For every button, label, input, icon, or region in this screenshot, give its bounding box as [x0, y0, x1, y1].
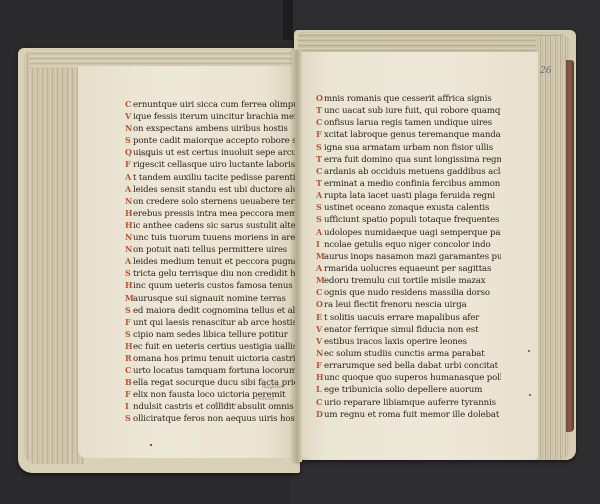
- manuscript-line: Medoru tremulu cui tortile misile mazax: [316, 274, 501, 286]
- manuscript-line: Fxcitat labroque genus teremanque manda: [316, 128, 501, 140]
- interlinear-gloss: at illo nos: [212, 402, 237, 408]
- rubric-initial: N: [125, 122, 133, 134]
- rubric-initial: N: [125, 231, 133, 243]
- manuscript-line: Armarida uolucres equaeunt per sagittas: [316, 262, 501, 274]
- manuscript-line: Stricta gelu terrisque diu non credidit …: [125, 267, 295, 279]
- interlinear-gloss: magister: [262, 384, 284, 390]
- manuscript-line: Indulsit castris et collidit absulit omn…: [125, 400, 295, 412]
- manuscript-line: Aleides sensit standu est ubi ductore al…: [125, 183, 295, 195]
- manuscript-line: Lege tribunicia solio depellere auorum: [316, 383, 501, 395]
- rubric-initial: S: [125, 304, 133, 316]
- manuscript-line: Ferrarumque sed bella dabat urbi concita…: [316, 359, 501, 371]
- rubric-initial: A: [316, 226, 324, 238]
- manuscript-line: Arupta lata iacet uasti plaga feruida re…: [316, 189, 501, 201]
- rubric-initial: M: [316, 274, 324, 286]
- manuscript-line: Terra fuit domino qua sunt longissima re…: [316, 153, 501, 165]
- manuscript-line: Cognis que nudo residens massilia dorso: [316, 286, 501, 298]
- manuscript-line: Non credere solo sternens ueuabere terra: [125, 195, 295, 207]
- manuscript-line: Tunc uacat sub iure fuit, qui robore qua…: [316, 104, 501, 116]
- rubric-initial: F: [125, 388, 133, 400]
- rubric-initial: A: [125, 183, 133, 195]
- rubric-initial: A: [125, 171, 133, 183]
- manuscript-line: Funt qui laesis renascitur ab arce hosti…: [125, 316, 295, 328]
- rubric-initial: T: [316, 104, 324, 116]
- left-text-column: Cernuntque uiri sicca cum ferrea olimpum…: [125, 98, 295, 425]
- ink-speck: [529, 394, 531, 396]
- manuscript-line: Curto locatus tamquam fortuna locorum: [125, 364, 295, 376]
- manuscript-line: Vique fessis iterum uincitur brachia mem…: [125, 110, 295, 122]
- manuscript-line: Maurusque sui signauit nomine terras: [125, 292, 295, 304]
- manuscript-line: Hec fuit en ueteris certius uestigia ual…: [125, 340, 295, 352]
- rubric-initial: D: [316, 408, 324, 420]
- rubric-initial: N: [316, 347, 324, 359]
- manuscript-line: Hunc quoque quo superos humanasque pollu…: [316, 371, 501, 383]
- rubric-initial: Q: [125, 146, 133, 158]
- rubric-initial: A: [125, 255, 133, 267]
- interlinear-gloss: frater: [140, 152, 155, 158]
- spine-shadow: [283, 0, 293, 40]
- manuscript-line: Nunc tuis tuorum tuuens moriens in areni…: [125, 231, 295, 243]
- rubric-initial: S: [125, 134, 133, 146]
- manuscript-line: Omnis romanis que cesserit affrica signi…: [316, 92, 501, 104]
- rubric-initial: V: [316, 323, 324, 335]
- rubric-initial: S: [316, 213, 324, 225]
- manuscript-line: Sustinet oceano zonaque exusta calentis: [316, 201, 501, 213]
- rubric-initial: I: [316, 238, 324, 250]
- manuscript-line: Incolae getulis equo niger concolor indo: [316, 238, 501, 250]
- manuscript-line: Curio reparare libiamque auferre tyranni…: [316, 396, 501, 408]
- rubric-initial: A: [316, 189, 324, 201]
- manuscript-line: Terminat a medio confinia fercibus ammon: [316, 177, 501, 189]
- rubric-initial: C: [316, 165, 324, 177]
- right-page-edges: [536, 36, 570, 460]
- rubric-initial: T: [316, 177, 324, 189]
- manuscript-line: At tandem auxiliu tacite pedisse parenti…: [125, 171, 295, 183]
- rubric-initial: C: [125, 98, 133, 110]
- rubric-initial: H: [125, 219, 133, 231]
- ink-speck: [528, 350, 530, 352]
- rubric-initial: S: [125, 412, 133, 424]
- rubric-initial: F: [125, 158, 133, 170]
- interlinear-gloss: remota: [256, 396, 274, 402]
- rubric-initial: M: [125, 292, 133, 304]
- manuscript-line: Aleides medium tenuit et peccora pugnae: [125, 255, 295, 267]
- rubric-initial: S: [125, 328, 133, 340]
- manuscript-line: Hinc quum ueteris custos famosa tenus ba…: [125, 279, 295, 291]
- rubric-initial: H: [125, 340, 133, 352]
- manuscript-line: Solliciratque feros non aequus uiris hos…: [125, 412, 295, 424]
- manuscript-line: Dum regnu et roma fuit memor ille doleba…: [316, 408, 501, 420]
- rubric-initial: C: [125, 364, 133, 376]
- manuscript-line: Audolopes numidaeque uagi semperque para…: [316, 226, 501, 238]
- rubric-initial: S: [125, 267, 133, 279]
- manuscript-line: Sed maiora dedit cognomina tellus et alt…: [125, 304, 295, 316]
- manuscript-line: Non potuit nati tellus permittere uires: [125, 243, 295, 255]
- rubric-initial: E: [316, 311, 324, 323]
- rubric-initial: S: [316, 201, 324, 213]
- rubric-initial: V: [125, 110, 133, 122]
- manuscript-line: Vestibus iracos laxis operire leones: [316, 335, 501, 347]
- manuscript-line: Venator ferrique simul fiducia non est: [316, 323, 501, 335]
- rubric-initial: N: [125, 243, 133, 255]
- rubric-initial: C: [316, 116, 324, 128]
- rubric-initial: H: [125, 207, 133, 219]
- rubric-initial: C: [316, 396, 324, 408]
- manuscript-line: Nec solum studiis cunctis arma parabat: [316, 347, 501, 359]
- manuscript-line: Romana hos primu tenuit uictoria castris: [125, 352, 295, 364]
- rubric-initial: B: [125, 376, 133, 388]
- rubric-initial: R: [125, 352, 133, 364]
- rubric-initial: M: [316, 250, 324, 262]
- rubric-initial: S: [316, 141, 324, 153]
- manuscript-line: Et solitis uacuis errare mapalibus afer: [316, 311, 501, 323]
- manuscript-line: Frigescit cellasque uiro luctante labori…: [125, 158, 295, 170]
- folio-number: 26: [540, 66, 551, 76]
- right-top-page-edges: [298, 32, 566, 54]
- rubric-initial: O: [316, 92, 324, 104]
- manuscript-line: Confisus larua regis tamen undique uires: [316, 116, 501, 128]
- rubric-initial: V: [316, 335, 324, 347]
- manuscript-line: Non exspectans ambens uiribus hostis: [125, 122, 295, 134]
- rubric-initial: F: [316, 359, 324, 371]
- rubric-initial: N: [125, 195, 133, 207]
- rubric-initial: T: [316, 153, 324, 165]
- manuscript-line: Sponte cadit maiorque accepto robore sur…: [125, 134, 295, 146]
- leather-cover-edge: [566, 60, 574, 432]
- rubric-initial: F: [125, 316, 133, 328]
- left-page-edges: [24, 52, 84, 464]
- manuscript-line: Hic anthee cadens sic sarus sustulit alt…: [125, 219, 295, 231]
- manuscript-line: Maurus inops nasamon mazi garamantes pus…: [316, 250, 501, 262]
- manuscript-line: Cernuntque uiri sicca cum ferrea olimpum: [125, 98, 295, 110]
- right-text-column: Omnis romanis que cesserit affrica signi…: [316, 92, 501, 420]
- manuscript-line: Signa sua armatam urbam non fisior ullis: [316, 141, 501, 153]
- rubric-initial: L: [316, 383, 324, 395]
- rubric-initial: F: [316, 128, 324, 140]
- rubric-initial: O: [316, 298, 324, 310]
- manuscript-line: Cardanis ab occiduis metuens gaddibus ac…: [316, 165, 501, 177]
- rubric-initial: H: [316, 371, 324, 383]
- rubric-initial: A: [316, 262, 324, 274]
- manuscript-line: Herebus pressis intra mea peccora membri…: [125, 207, 295, 219]
- rubric-initial: I: [125, 400, 133, 412]
- manuscript-line: Ora leui flectit frenoru nescia uirga: [316, 298, 501, 310]
- rubric-initial: C: [316, 286, 324, 298]
- rubric-initial: H: [125, 279, 133, 291]
- ink-speck: [150, 444, 152, 446]
- manuscript-line: Scipio nam sedes libica tellure potitur: [125, 328, 295, 340]
- manuscript-line: Sufficiunt spatio populi totaque frequen…: [316, 213, 501, 225]
